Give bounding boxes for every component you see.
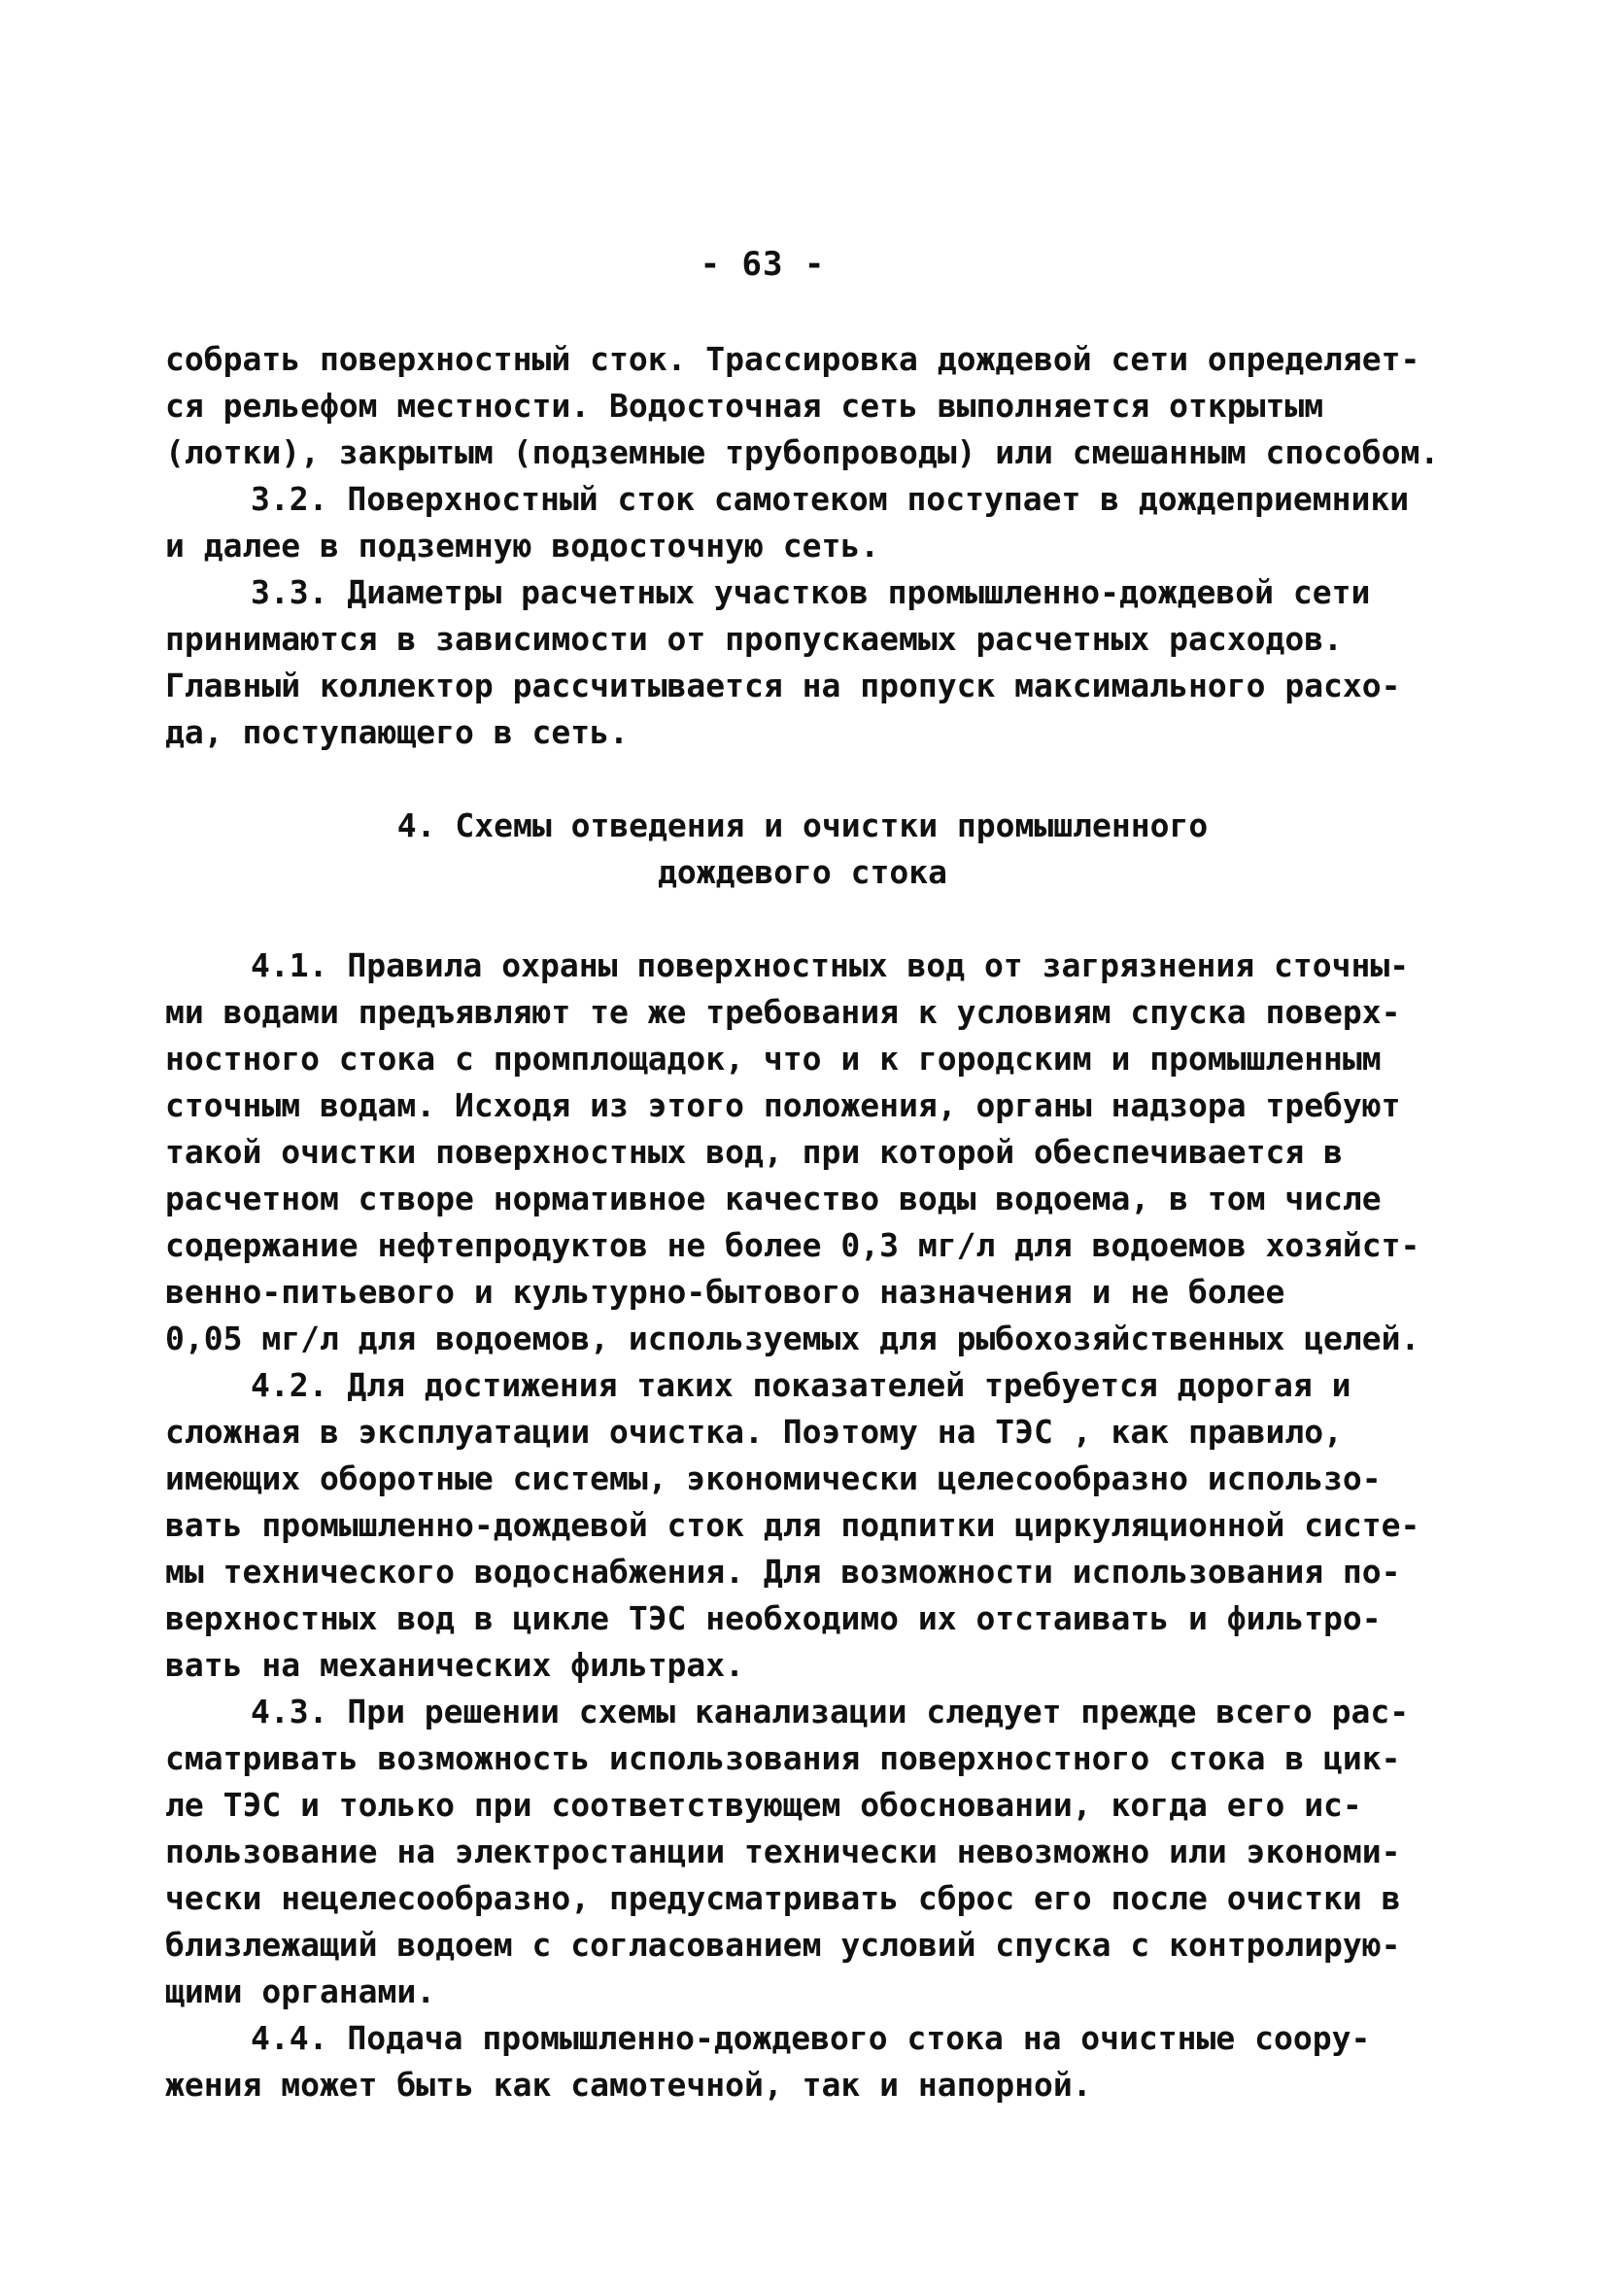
- text-line: имеющих оборотные системы, экономически …: [165, 1456, 1440, 1502]
- text-line: и далее в подземную водосточную сеть.: [165, 523, 1440, 569]
- text-line: сматривать возможность использования пов…: [165, 1735, 1440, 1782]
- text-line: венно-питьевого и культурно-бытового наз…: [165, 1269, 1440, 1316]
- text-line: близлежащий водоем с согласованием услов…: [165, 1922, 1440, 1969]
- text-line: 0,05 мг/л для водоемов, используемых для…: [165, 1316, 1440, 1362]
- text-line: 4.3. При решении схемы канализации следу…: [165, 1689, 1440, 1735]
- page-number: - 63 -: [165, 245, 1360, 284]
- text-line: собрать поверхностный сток. Трассировка …: [165, 336, 1440, 383]
- text-line: Главный коллектор рассчитывается на проп…: [165, 663, 1440, 709]
- section-heading-line: дождевого стока: [165, 849, 1440, 896]
- text-line: сложная в эксплуатации очистка. Поэтому …: [165, 1409, 1440, 1456]
- text-line: пользование на электростанции технически…: [165, 1829, 1440, 1875]
- text-line: 3.2. Поверхностный сток самотеком поступ…: [165, 476, 1440, 523]
- blank-line: [165, 896, 1440, 942]
- text-line: вать на механических фильтрах.: [165, 1642, 1440, 1689]
- text-line: 4.4. Подача промышленно-дождевого стока …: [165, 2015, 1440, 2062]
- text-line: сточным водам. Исходя из этого положения…: [165, 1082, 1440, 1129]
- text-line: жения может быть как самотечной, так и н…: [165, 2062, 1440, 2108]
- blank-line: [165, 756, 1440, 803]
- text-line: 4.1. Правила охраны поверхностных вод от…: [165, 942, 1440, 989]
- text-line: ми водами предъявляют те же требования к…: [165, 989, 1440, 1036]
- text-line: чески нецелесообразно, предусматривать с…: [165, 1875, 1440, 1922]
- text-line: вать промышленно-дождевой сток для подпи…: [165, 1502, 1440, 1549]
- text-line: принимаются в зависимости от пропускаемы…: [165, 616, 1440, 663]
- text-line: 4.2. Для достижения таких показателей тр…: [165, 1362, 1440, 1409]
- document-page: - 63 - собрать поверхностный сток. Трасс…: [0, 0, 1607, 2296]
- text-line: расчетном створе нормативное качество во…: [165, 1176, 1440, 1222]
- text-line: ностного стока с промплощадок, что и к г…: [165, 1036, 1440, 1082]
- text-line: мы технического водоснабжения. Для возмо…: [165, 1549, 1440, 1595]
- text-line: ся рельефом местности. Водосточная сеть …: [165, 383, 1440, 429]
- section-heading-line: 4. Схемы отведения и очистки промышленно…: [165, 803, 1440, 849]
- text-line: ле ТЭС и только при соответствующем обос…: [165, 1782, 1440, 1829]
- text-line: содержание нефтепродуктов не более 0,3 м…: [165, 1222, 1440, 1269]
- page-text-block: собрать поверхностный сток. Трассировка …: [165, 336, 1440, 2108]
- text-line: 3.3. Диаметры расчетных участков промышл…: [165, 569, 1440, 616]
- text-line: да, поступающего в сеть.: [165, 709, 1440, 756]
- text-line: (лотки), закрытым (подземные трубопровод…: [165, 429, 1440, 476]
- text-line: щими органами.: [165, 1969, 1440, 2015]
- text-line: такой очистки поверхностных вод, при кот…: [165, 1129, 1440, 1176]
- text-line: верхностных вод в цикле ТЭС необходимо и…: [165, 1595, 1440, 1642]
